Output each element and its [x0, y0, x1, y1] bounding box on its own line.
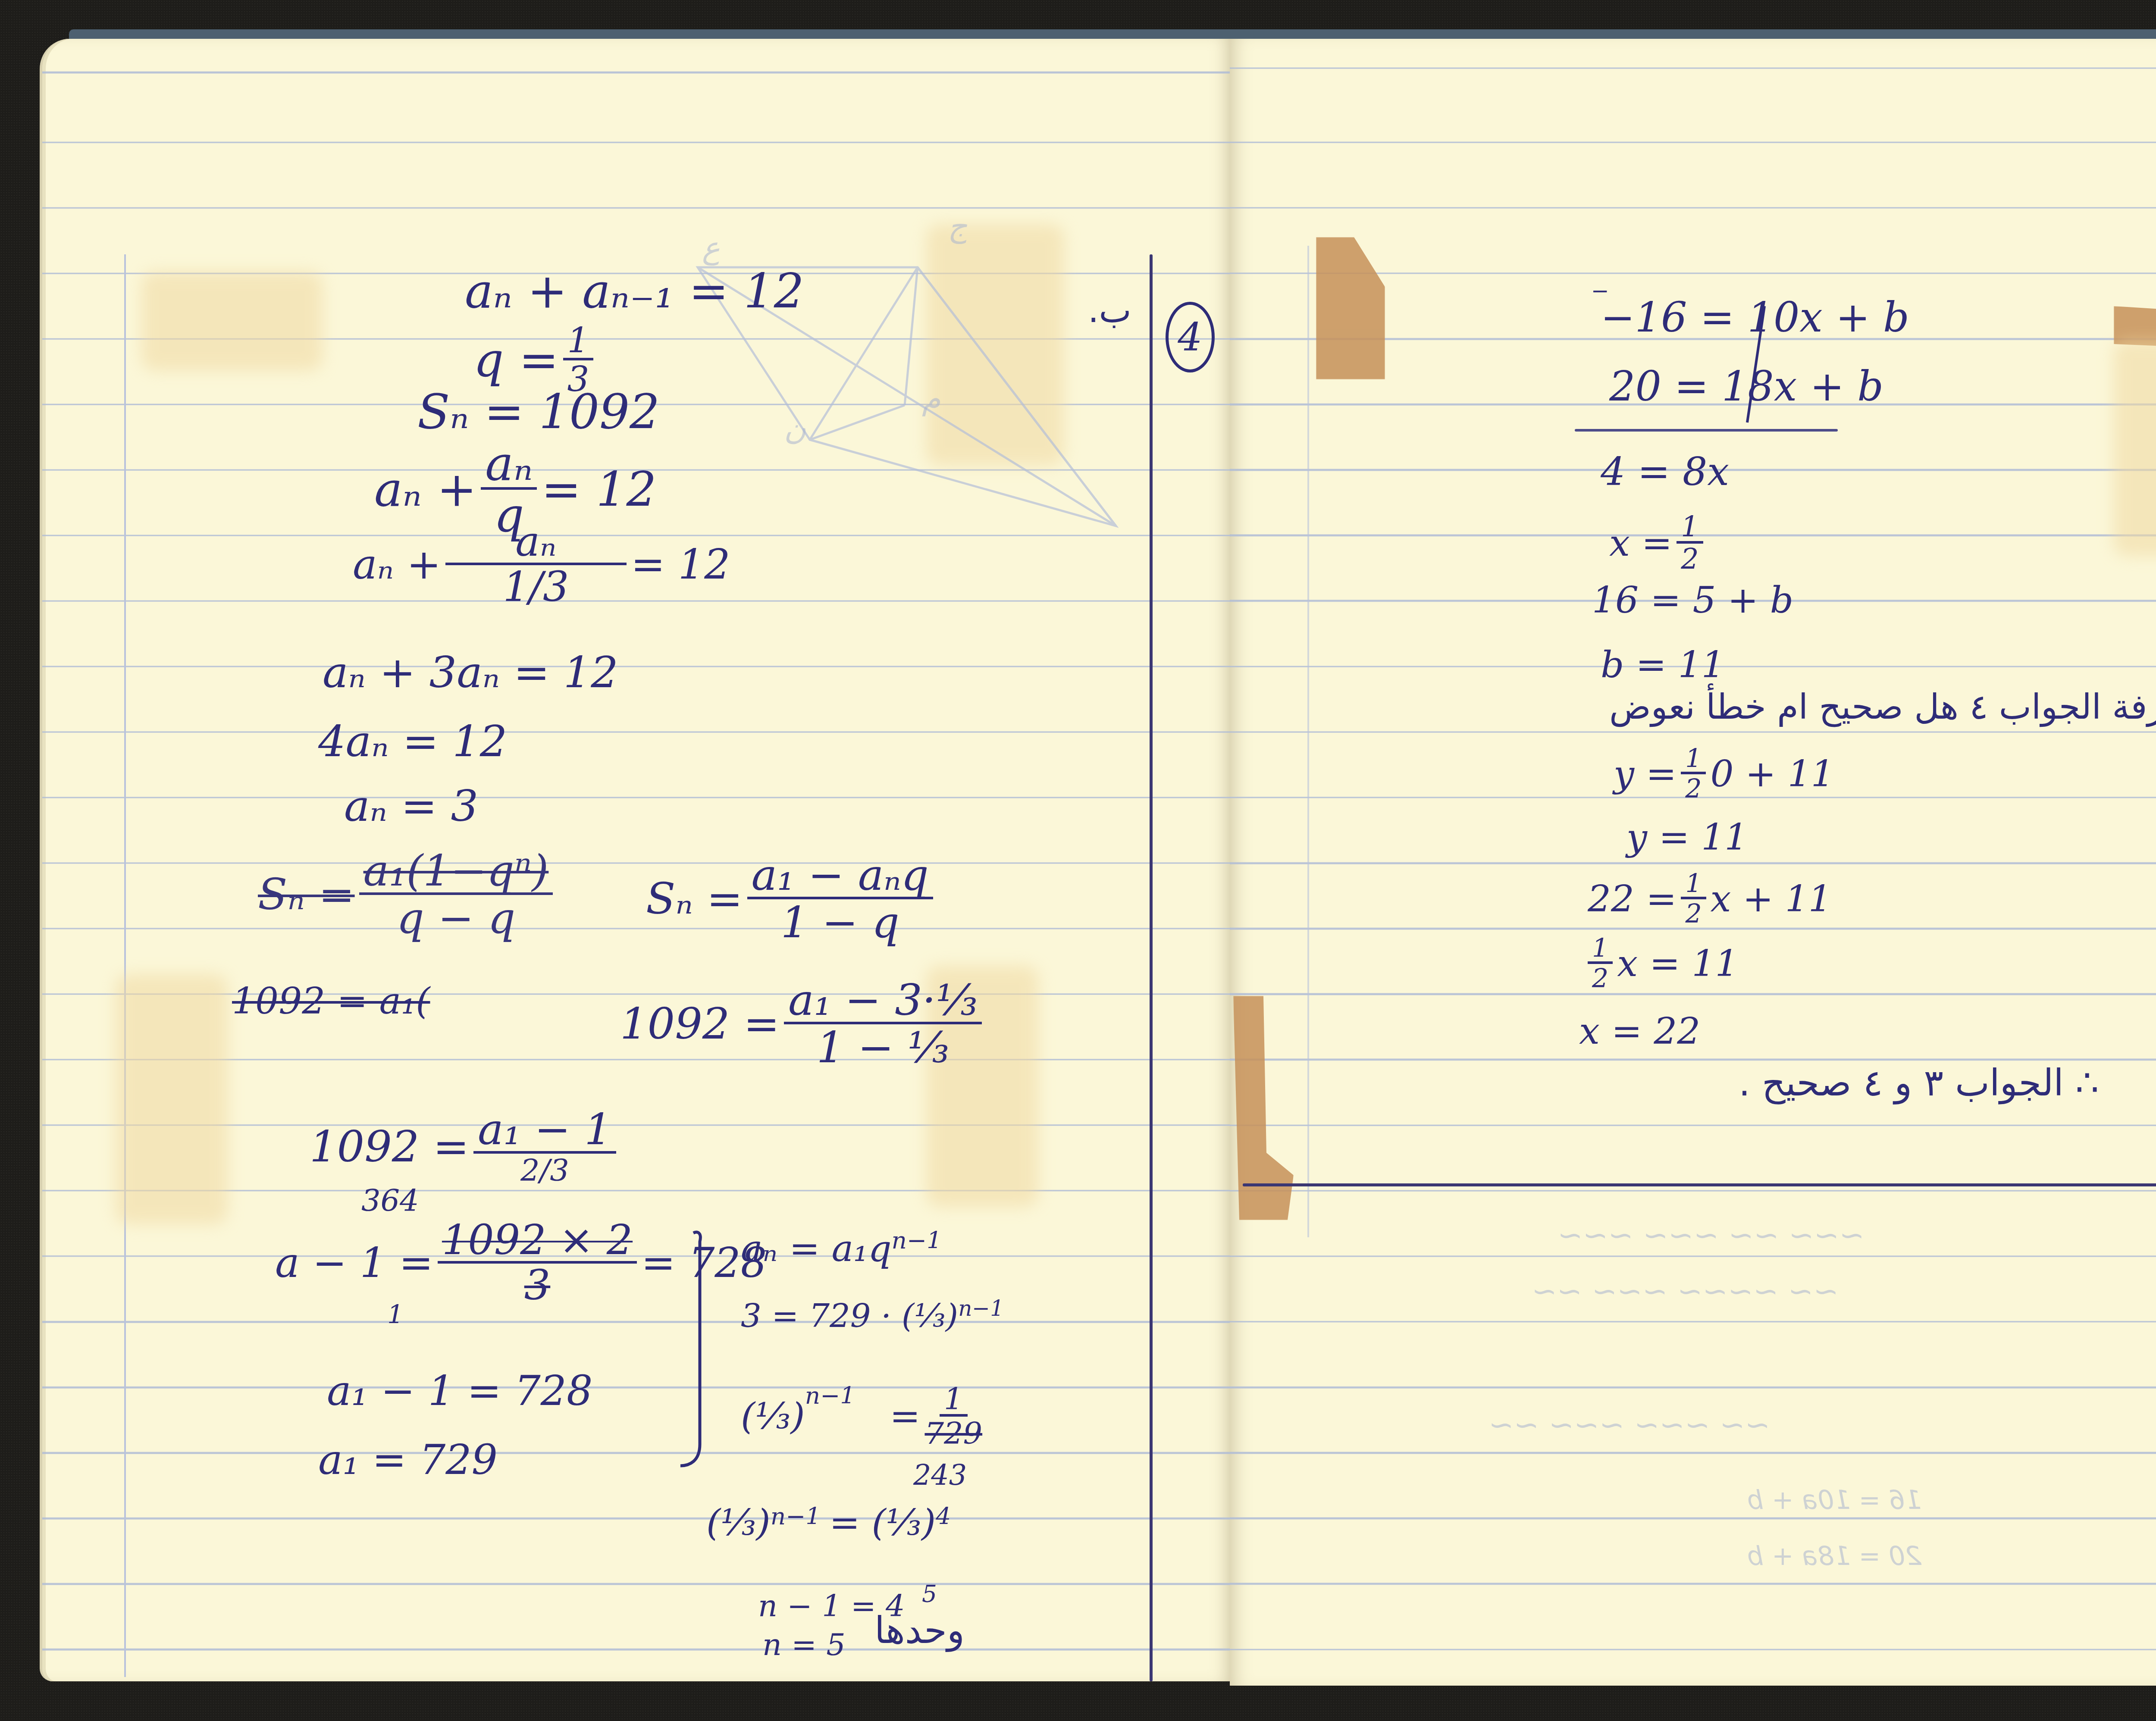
simp-den: 2/3 [520, 1154, 569, 1186]
faint-margin-line [124, 254, 126, 1677]
sub-num: a₁ − 3·⅓ [784, 979, 982, 1024]
section-letter-marker: ب. [1088, 293, 1131, 328]
bracket [680, 1229, 715, 1470]
tape-stain [2114, 341, 2156, 556]
given-sum: Sₙ = 1092 [417, 388, 660, 435]
formula-text: Sₙ = [646, 877, 743, 920]
cancel-note: 364 [361, 1186, 419, 1216]
formula-exponent: n−1 [771, 1505, 821, 1528]
step-an-result: aₙ = 3 [344, 785, 478, 828]
solution-step: 16 = 5 + b [1592, 582, 1793, 619]
ratio-label: q = [473, 336, 559, 384]
simp-num: a₁ − 1 [473, 1108, 616, 1154]
cancel-stroke [1739, 306, 1773, 427]
formula-text: = (⅓) [829, 1505, 936, 1541]
step-den: 2 [1592, 964, 1608, 992]
faint-margin-line [1307, 246, 1309, 1237]
step-text: x + 11 [1711, 881, 1832, 917]
ghost-bleed-text: 16 = 10a + b [1747, 1487, 1921, 1513]
check-step: 22 = 12 x + 11 [1588, 871, 1832, 927]
step-combine: aₙ + 3aₙ = 12 [323, 651, 618, 694]
simp-text: 1092 = [310, 1125, 469, 1168]
final-answer-arabic: ∴ الجواب ٣ و ٤ صحيح . [1739, 1065, 2099, 1101]
general-term-substitution: 3 = 729 · (⅓)n−1 [741, 1298, 1004, 1332]
step-num: 1 [1681, 871, 1706, 899]
crossed-num: a₁(1−qⁿ) [359, 849, 553, 895]
right-notebook-page: ~~~ ~~ ~~~ ~~~ ~~ ~~~~ ~~~ ~~ ~~ ~~~ ~~~… [1230, 39, 2156, 1686]
step-text: = 12 [541, 466, 656, 513]
ghost-label: ن [784, 414, 806, 444]
step-num: aₙ [481, 440, 537, 490]
a1-step: a₁ − 1 = 728 [327, 1371, 592, 1412]
step-num: 1 [1681, 746, 1706, 774]
simplified-equation: 1092 = a₁ − 12/3 [310, 1108, 620, 1186]
question-number-circle: 4 [1166, 302, 1215, 372]
ratio-num: 1 [563, 323, 594, 360]
x-check-result: x = 22 [1579, 1013, 1700, 1050]
solve-text: a − 1 = [275, 1243, 433, 1284]
subtraction-line [1575, 429, 1838, 432]
step-text: = 12 [631, 544, 730, 585]
ghost-bleed-text: ~~ ~~~ ~~~ ~~ [1489, 1410, 1770, 1440]
b-result: b = 11 [1601, 647, 1725, 683]
step-simplify: 4aₙ = 12 [318, 720, 507, 763]
equal-bases: (⅓)n−1 = (⅓)4 [706, 1505, 951, 1541]
ghost-bleed-text: ~~ ~~~~ ~~~ ~~ [1532, 1276, 1839, 1306]
solution-step: 4 = 8x [1601, 453, 1729, 491]
overline-note: 5 [922, 1582, 937, 1606]
n-result: n = 5 [762, 1630, 846, 1660]
step-text: x = [1609, 525, 1672, 562]
crossed-text: Sₙ = [258, 873, 355, 916]
step-num: aₙ [445, 522, 627, 565]
sub-den: 1 − ⅓ [817, 1024, 950, 1069]
crossed-den: q − q [397, 895, 515, 940]
box-horizontal-line [1243, 1183, 2156, 1186]
step-text: y = [1614, 756, 1677, 792]
check-step: 12 x = 11 [1588, 936, 1739, 992]
formula-exponent: n−1 [892, 1227, 942, 1254]
cancel-note: 1 [387, 1302, 404, 1328]
formula-text: (⅓) [741, 1398, 805, 1435]
given-equation: aₙ + aₙ₋₁ = 12 [465, 267, 804, 315]
check-step: y = 11 [1626, 819, 1748, 856]
ghost-bleed-text: ~~~ ~~ ~~~ ~~~ [1557, 1220, 1865, 1250]
ghost-label: ج [948, 211, 967, 241]
cancel-note: 243 [913, 1461, 967, 1489]
left-notebook-page: ع ج ن م ب. 4 aₙ + aₙ₋₁ = 12 q = 13 Sₙ = … [40, 39, 1232, 1681]
substitution: 1092 = a₁ − 3·⅓1 − ⅓ [620, 979, 986, 1069]
step-den: 1/3 [503, 565, 569, 608]
step-text: aₙ + [353, 544, 441, 585]
step-text: 0 + 11 [1710, 756, 1834, 792]
ghost-label: م [922, 384, 940, 414]
formula-den: 1 − q [781, 899, 899, 944]
formula-text: = [890, 1398, 920, 1435]
step-text: x = 11 [1617, 945, 1738, 982]
a1-result: a₁ = 729 [318, 1440, 498, 1481]
instruction-arabic: لمعرفة الجواب ٤ هل صحيح ام خطأ نعوض [1609, 690, 2156, 724]
step-den: 2 [1685, 899, 1702, 927]
sum-formula: Sₙ = a₁ − aₙq1 − q [646, 854, 937, 944]
general-term-formula: aₙ = a₁qn−1 [741, 1229, 942, 1267]
tape-stain [141, 272, 323, 371]
solve-den: 3 [524, 1264, 550, 1306]
step-text: aₙ + [374, 466, 476, 513]
step-num: 1 [1588, 936, 1613, 964]
conclusion-arabic: وحدها [874, 1612, 965, 1649]
formula-text: (⅓) [706, 1505, 771, 1541]
formula-text: aₙ = a₁q [741, 1227, 892, 1270]
step-text: 22 = [1588, 881, 1677, 917]
x-result: x = 12 [1609, 513, 1708, 573]
crossed-substitution: 1092 = a₁( [232, 983, 430, 1020]
formula-text: 3 = 729 · (⅓) [741, 1297, 958, 1335]
question-number: 4 [1178, 315, 1202, 360]
formula-num: 1 [940, 1384, 968, 1417]
formula-exponent: n−1 [805, 1384, 856, 1408]
formula-exponent: 4 [936, 1505, 951, 1528]
solve-num: 1092 × 2 [438, 1220, 637, 1264]
crossed-sum-formula: Sₙ = a₁(1−qⁿ)q − q [258, 849, 557, 940]
formula-exponent: n−1 [958, 1296, 1004, 1321]
step-den: 2 [1685, 774, 1702, 802]
formula-den: 729 [924, 1417, 982, 1449]
step-substitute-third: aₙ + aₙ1/3 = 12 [353, 522, 730, 608]
step-den: 2 [1681, 544, 1698, 573]
step-num: 1 [1677, 513, 1703, 544]
ghost-label: ع [702, 233, 720, 263]
tape-stain [116, 974, 228, 1224]
margin-ink-line [1150, 254, 1153, 1681]
ghost-bleed-text: 20 = 18a + b [1747, 1543, 1921, 1569]
formula-num: a₁ − aₙq [747, 854, 933, 899]
isolate-power: (⅓)n−1 = 1729 [741, 1384, 987, 1449]
sub-text: 1092 = [620, 1002, 780, 1045]
check-step: y = 12 0 + 11 [1614, 746, 1834, 802]
